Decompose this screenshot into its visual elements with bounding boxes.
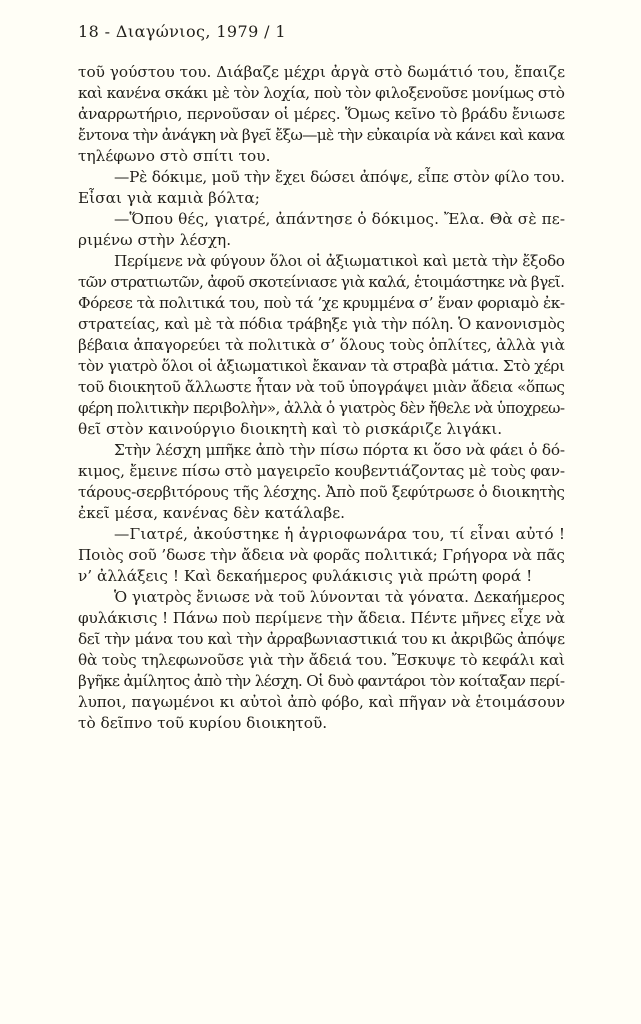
svg-text:—Ὅπου θές, γιατρέ, ἀπάντησε ὁ: —Ὅπου θές, γιατρέ, ἀπάντησε ὁ δόκιμος. Ἔ… — [114, 210, 565, 228]
svg-text:τοῦ διοικητοῦ ἄλλωστε ἦταν νὰ: τοῦ διοικητοῦ ἄλλωστε ἦταν νὰ τοῦ ὑπογρά… — [78, 377, 565, 396]
text-line: λυποι, παγωμένοι κι αὐτοὶ ἀπὸ φόβο, καὶ … — [78, 691, 565, 712]
paragraph: Περίμενε νὰ φύγουν ὅλοι οἱ ἀξιωματικοὶ κ… — [78, 250, 565, 439]
paragraph: τοῦ γούστου του. Διάβαζε μέχρι ἀργὰ στὸ … — [78, 61, 565, 166]
svg-text:θὰ τοὺς τηλεφωνοῦσε γιὰ τὴν ἄδ: θὰ τοὺς τηλεφωνοῦσε γιὰ τὴν ἄδειά του. Ἔ… — [78, 651, 565, 669]
text-line: βγῆκε ἀμίλητος ἀπὸ τὴν λέσχη. Οἱ δυὸ φαν… — [78, 670, 565, 691]
svg-text:ἔντονα τὴν ἀνάγκη νὰ βγεῖ ἔξω—: ἔντονα τὴν ἀνάγκη νὰ βγεῖ ἔξω—μὲ τὴν εὐκ… — [78, 126, 565, 144]
text-line: δεῖ τὴν μάνα του καὶ τὴν ἀρραβωνιαστικιά… — [78, 628, 565, 649]
text-line: βέβαια ἀπαγορεύει τὰ πολιτικὰ σ’ ὅλους τ… — [78, 334, 565, 355]
text-line: τηλέφωνο στὸ σπίτι του. — [78, 145, 565, 166]
text-line: τὸ δεῖπνο τοῦ κυρίου διοικητοῦ. — [78, 712, 565, 733]
text-line: —Γιατρέ, ἀκούστηκε ἡ ἀγριοφωνάρα του, τί… — [78, 523, 565, 544]
svg-text:ἀναρρωτήριο, περνοῦσαν οἱ μέρε: ἀναρρωτήριο, περνοῦσαν οἱ μέρες. Ὅμως κε… — [78, 105, 565, 123]
svg-text:Ποιὸς σοῦ ’δωσε τὴν ἄδεια νὰ φ: Ποιὸς σοῦ ’δωσε τὴν ἄδεια νὰ φορᾶς πολιτ… — [78, 546, 565, 564]
text-line: θὰ τοὺς τηλεφωνοῦσε γιὰ τὴν ἄδειά του. Ἔ… — [78, 649, 565, 670]
svg-text:Περίμενε νὰ φύγουν ὅλοι οἱ ἀξι: Περίμενε νὰ φύγουν ὅλοι οἱ ἀξιωματικοὶ κ… — [114, 252, 565, 270]
svg-text:ριμένω στὴν λέσχη.: ριμένω στὴν λέσχη. — [78, 231, 231, 249]
paragraph: Ὁ γιατρὸς ἔνιωσε νὰ τοῦ λύνονται τὰ γόνα… — [78, 586, 565, 733]
text-line: τῶν στρατιωτῶν, ἀφοῦ σκοτείνιασε γιὰ καλ… — [78, 271, 565, 292]
text-line: —Ὅπου θές, γιατρέ, ἀπάντησε ὁ δόκιμος. Ἔ… — [78, 208, 565, 229]
text-line: —Ρὲ δόκιμε, μοῦ τὴν ἔχει δώσει ἀπόψε, εἶ… — [78, 166, 565, 187]
text-line: τὸν γιατρὸ ὅλοι οἱ ἀξιωματικοὶ ἔκαναν τὰ… — [78, 355, 565, 376]
text-line: ν’ ἀλλάξεις ! Καὶ δεκαήμερος φυλάκισις γ… — [78, 565, 565, 586]
svg-text:στρατείας, καὶ μὲ τὰ πόδια τρά: στρατείας, καὶ μὲ τὰ πόδια τράβηξε γιὰ τ… — [78, 315, 565, 333]
text-line: Φόρεσε τὰ πολιτικά του, ποὺ τά ’χε κρυμμ… — [78, 292, 565, 313]
svg-text:Εἶσαι γιὰ καμιὰ βόλτα;: Εἶσαι γιὰ καμιὰ βόλτα; — [78, 188, 260, 207]
text-line: τοῦ γούστου του. Διάβαζε μέχρι ἀργὰ στὸ … — [78, 61, 565, 82]
text-line: τοῦ διοικητοῦ ἄλλωστε ἦταν νὰ τοῦ ὑπογρά… — [78, 376, 565, 397]
svg-text:θεῖ στὸν καινούργιο διοικητὴ κ: θεῖ στὸν καινούργιο διοικητὴ καὶ τὸ ρισκ… — [78, 420, 502, 438]
text-line: ἔντονα τὴν ἀνάγκη νὰ βγεῖ ἔξω—μὲ τὴν εὐκ… — [78, 124, 565, 145]
svg-text:τὸν γιατρὸ ὅλοι οἱ ἀξιωματικοὶ: τὸν γιατρὸ ὅλοι οἱ ἀξιωματικοὶ ἔκαναν τὰ… — [78, 357, 565, 375]
page-body: τοῦ γούστου του. Διάβαζε μέχρι ἀργὰ στὸ … — [78, 61, 565, 733]
svg-text:φέρη πολιτικὴν περιβολὴν», ἀλλ: φέρη πολιτικὴν περιβολὴν», ἀλλὰ ὁ γιατρὸ… — [78, 399, 565, 417]
paragraph: —Ρὲ δόκιμε, μοῦ τὴν ἔχει δώσει ἀπόψε, εἶ… — [78, 166, 565, 208]
svg-text:ν’ ἀλλάξεις ! Καὶ δεκαήμερος φ: ν’ ἀλλάξεις ! Καὶ δεκαήμερος φυλάκισις γ… — [78, 567, 532, 585]
svg-text:ἐκεῖ μέσα, κανένας δὲν κατάλαβ: ἐκεῖ μέσα, κανένας δὲν κατάλαβε. — [78, 504, 345, 522]
svg-text:καὶ κανένα σκάκι μὲ τὸν λοχία,: καὶ κανένα σκάκι μὲ τὸν λοχία, ποὺ τὸν φ… — [78, 84, 565, 102]
text-line: Ποιὸς σοῦ ’δωσε τὴν ἄδεια νὰ φορᾶς πολιτ… — [78, 544, 565, 565]
text-line: Στὴν λέσχη μπῆκε ἀπὸ τὴν πίσω πόρτα κι ὅ… — [78, 439, 565, 460]
svg-text:λυποι, παγωμένοι κι αὐτοὶ ἀπὸ: λυποι, παγωμένοι κι αὐτοὶ ἀπὸ φόβο, καὶ … — [78, 693, 565, 711]
svg-text:τοῦ γούστου του. Διάβαζε μέχρι: τοῦ γούστου του. Διάβαζε μέχρι ἀργὰ στὸ … — [78, 63, 565, 81]
svg-text:βγῆκε ἀμίλητος ἀπὸ τὴν λέσχη.: βγῆκε ἀμίλητος ἀπὸ τὴν λέσχη. Οἱ δυὸ φαν… — [78, 672, 565, 690]
paragraph: Στὴν λέσχη μπῆκε ἀπὸ τὴν πίσω πόρτα κι ὅ… — [78, 439, 565, 523]
svg-text:τάρους-σερβιτόρους τῆς λέσχης.: τάρους-σερβιτόρους τῆς λέσχης. Ἀπὸ ποῦ ξ… — [78, 483, 565, 501]
text-line: φέρη πολιτικὴν περιβολὴν», ἀλλὰ ὁ γιατρὸ… — [78, 397, 565, 418]
text-line: ἀναρρωτήριο, περνοῦσαν οἱ μέρες. Ὅμως κε… — [78, 103, 565, 124]
svg-text:δεῖ τὴν μάνα του καὶ τὴν ἀρραβ: δεῖ τὴν μάνα του καὶ τὴν ἀρραβωνιαστικιά… — [78, 630, 565, 648]
svg-text:—Ρὲ δόκιμε, μοῦ τὴν ἔχει δώσει: —Ρὲ δόκιμε, μοῦ τὴν ἔχει δώσει ἀπόψε, εἶ… — [114, 167, 565, 186]
svg-text:τηλέφωνο στὸ σπίτι του.: τηλέφωνο στὸ σπίτι του. — [78, 147, 270, 165]
svg-text:φυλάκισις ! Πάνω ποὺ περίμενε: φυλάκισις ! Πάνω ποὺ περίμενε τὴν ἄδεια.… — [78, 608, 565, 627]
text-line: καὶ κανένα σκάκι μὲ τὸν λοχία, ποὺ τὸν φ… — [78, 82, 565, 103]
paragraph: —Γιατρέ, ἀκούστηκε ἡ ἀγριοφωνάρα του, τί… — [78, 523, 565, 586]
text-line: κιμος, ἔμεινε πίσω στὸ μαγειρεῖο κουβεντ… — [78, 460, 565, 481]
scanned-page: 18 - Διαγώνιος, 1979 / 1 τοῦ γούστου του… — [0, 0, 641, 1024]
text-line: Ὁ γιατρὸς ἔνιωσε νὰ τοῦ λύνονται τὰ γόνα… — [78, 586, 565, 607]
svg-text:Φόρεσε τὰ πολιτικά του, ποὺ τά: Φόρεσε τὰ πολιτικά του, ποὺ τά ’χε κρυμμ… — [78, 294, 565, 312]
text-line: Περίμενε νὰ φύγουν ὅλοι οἱ ἀξιωματικοὶ κ… — [78, 250, 565, 271]
svg-text:Ὁ γιατρὸς ἔνιωσε νὰ τοῦ λύνοντ: Ὁ γιατρὸς ἔνιωσε νὰ τοῦ λύνονται τὰ γόνα… — [114, 588, 565, 606]
text-line: στρατείας, καὶ μὲ τὰ πόδια τράβηξε γιὰ τ… — [78, 313, 565, 334]
text-line: θεῖ στὸν καινούργιο διοικητὴ καὶ τὸ ρισκ… — [78, 418, 565, 439]
svg-text:—Γιατρέ, ἀκούστηκε ἡ ἀγριοφωνά: —Γιατρέ, ἀκούστηκε ἡ ἀγριοφωνάρα του, τί… — [114, 524, 565, 543]
text-line: ριμένω στὴν λέσχη. — [78, 229, 565, 250]
text-line: φυλάκισις ! Πάνω ποὺ περίμενε τὴν ἄδεια.… — [78, 607, 565, 628]
text-line: τάρους-σερβιτόρους τῆς λέσχης. Ἀπὸ ποῦ ξ… — [78, 481, 565, 502]
svg-text:τὸ δεῖπνο τοῦ κυρίου διοικητοῦ: τὸ δεῖπνο τοῦ κυρίου διοικητοῦ. — [78, 714, 327, 732]
svg-text:κιμος, ἔμεινε πίσω στὸ μαγειρε: κιμος, ἔμεινε πίσω στὸ μαγειρεῖο κουβεντ… — [78, 462, 565, 480]
svg-text:τῶν στρατιωτῶν, ἀφοῦ σκοτείνια: τῶν στρατιωτῶν, ἀφοῦ σκοτείνιασε γιὰ καλ… — [78, 273, 565, 291]
paragraph: —Ὅπου θές, γιατρέ, ἀπάντησε ὁ δόκιμος. Ἔ… — [78, 208, 565, 250]
page-header: 18 - Διαγώνιος, 1979 / 1 — [78, 22, 286, 41]
svg-text:Στὴν λέσχη μπῆκε ἀπὸ τὴν πίσω: Στὴν λέσχη μπῆκε ἀπὸ τὴν πίσω πόρτα κι ὅ… — [114, 441, 565, 459]
svg-text:βέβαια ἀπαγορεύει τὰ πολιτικὰ: βέβαια ἀπαγορεύει τὰ πολιτικὰ σ’ ὅλους τ… — [78, 336, 565, 354]
text-line: ἐκεῖ μέσα, κανένας δὲν κατάλαβε. — [78, 502, 565, 523]
text-line: Εἶσαι γιὰ καμιὰ βόλτα; — [78, 187, 565, 208]
